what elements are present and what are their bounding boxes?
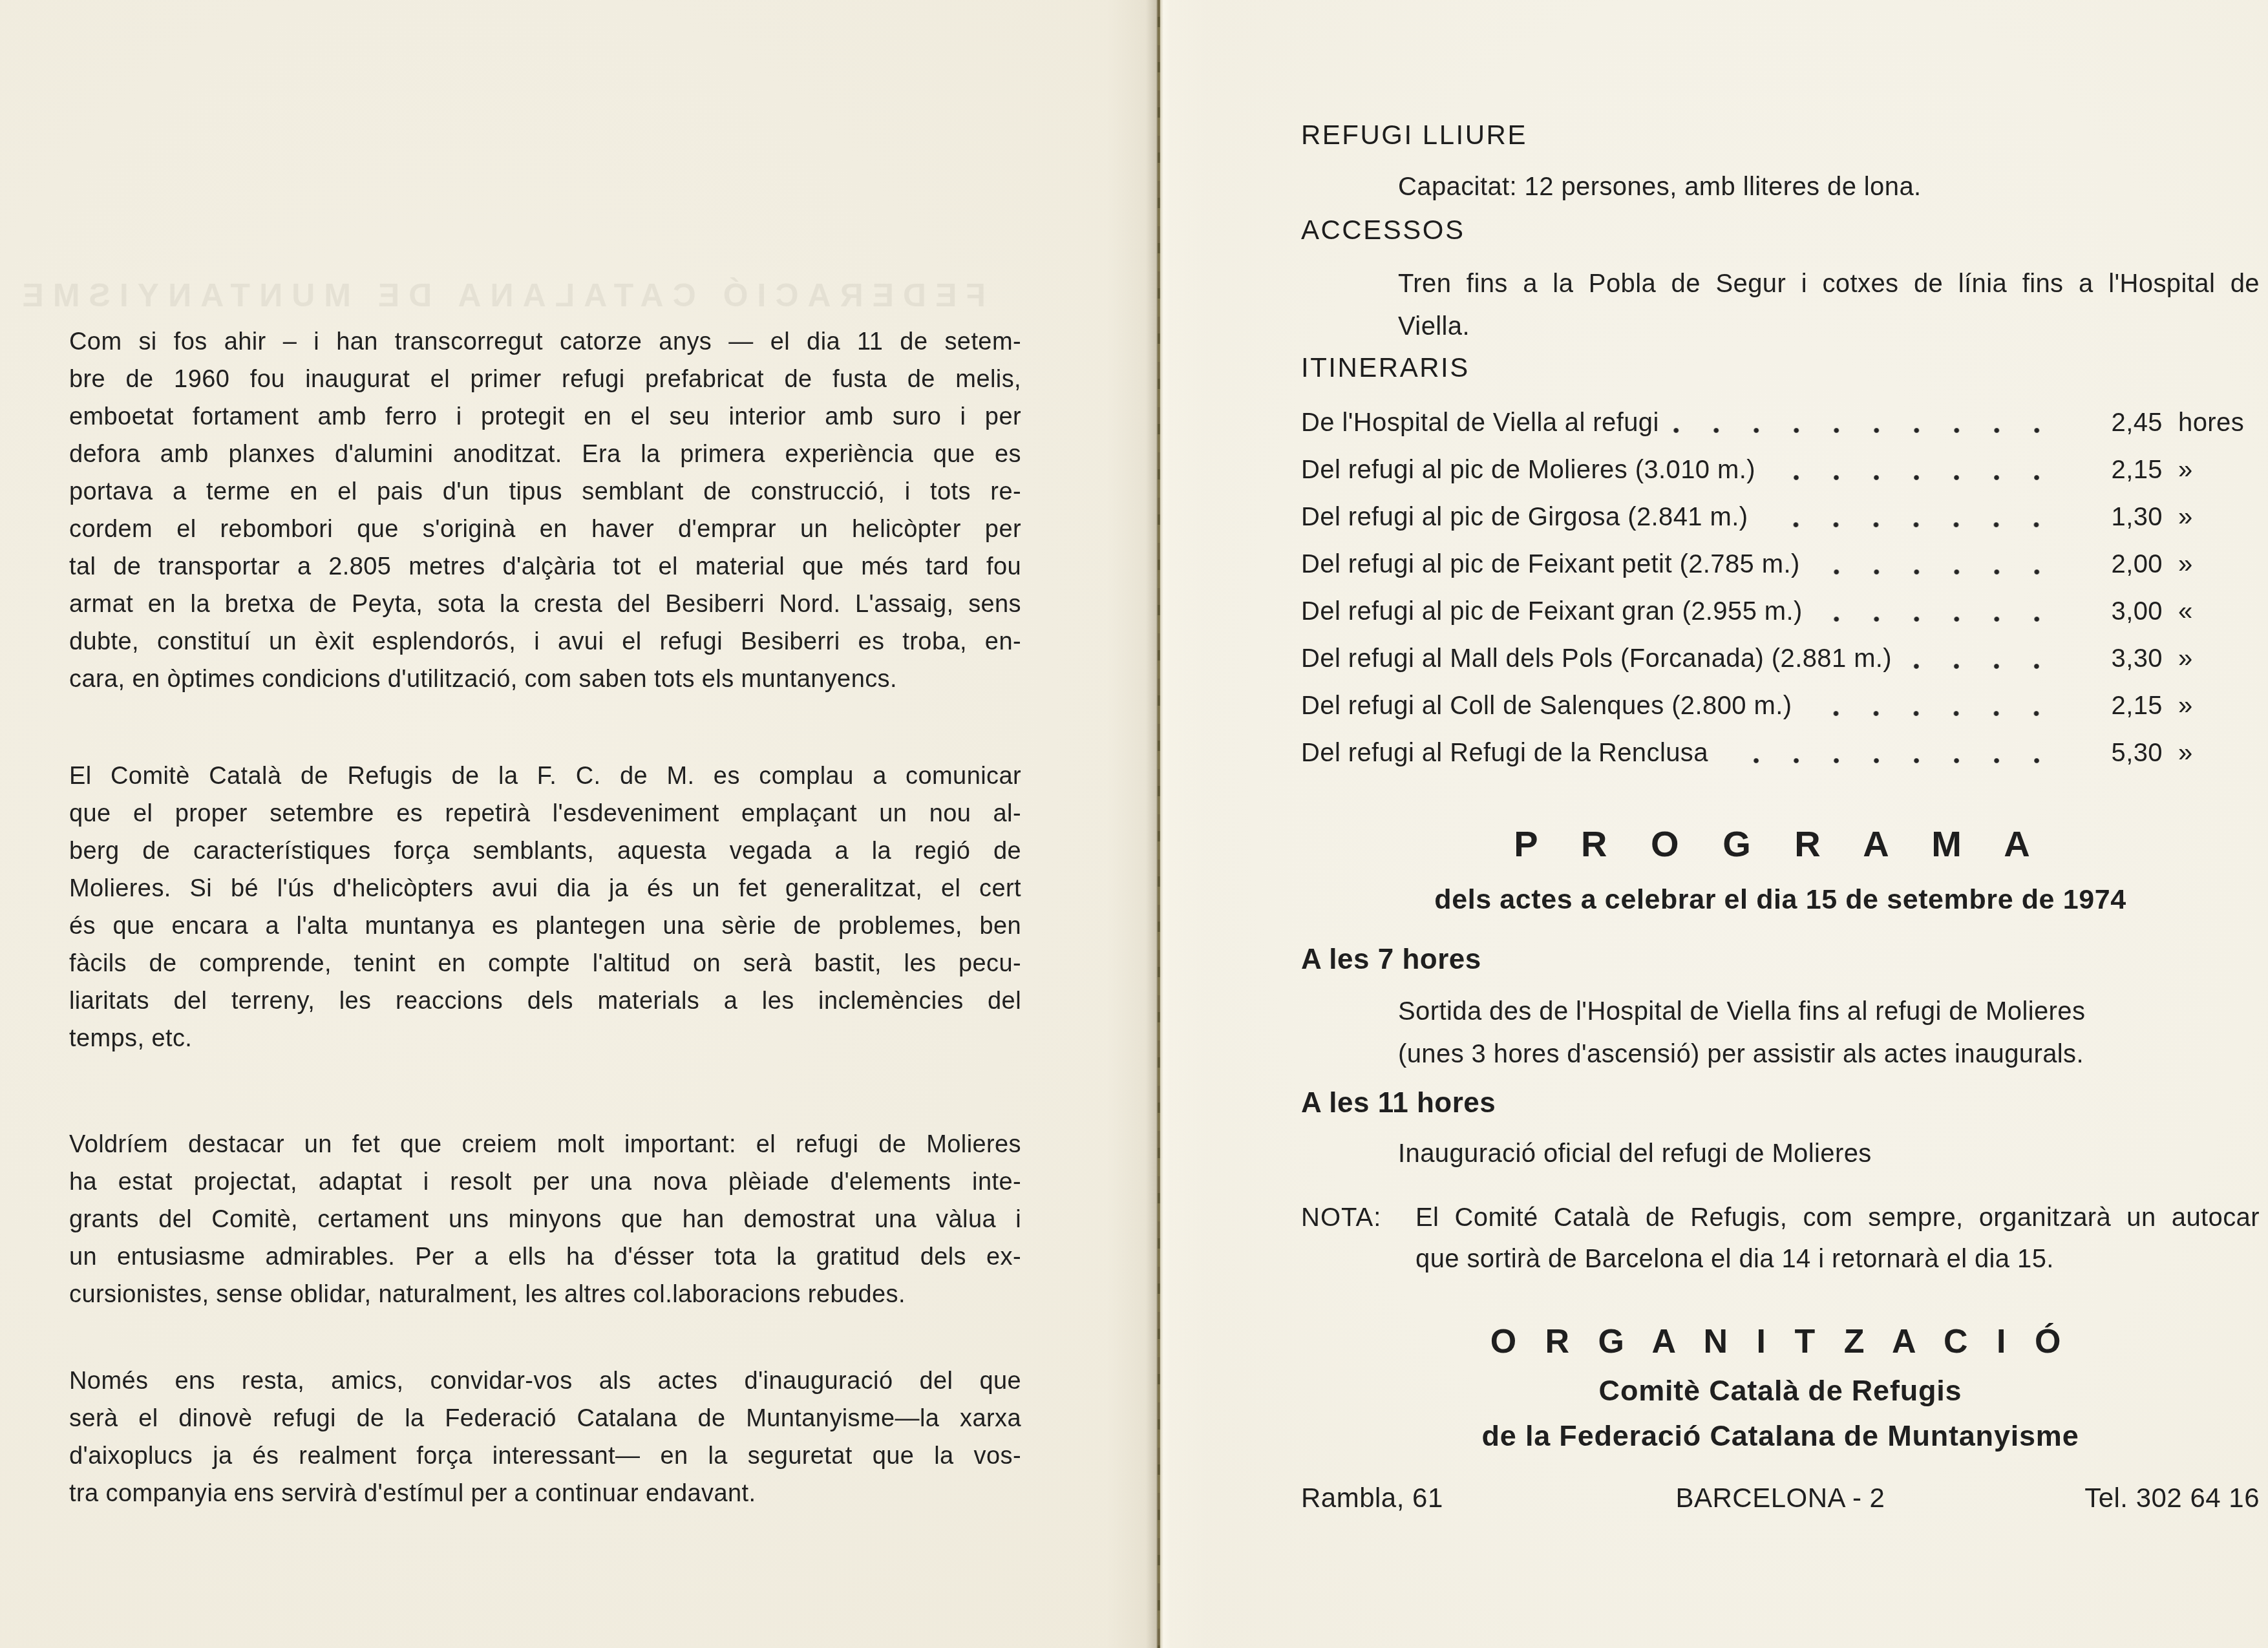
itinerary-label: Del refugi al pic de Molieres (3.010 m.) xyxy=(1301,447,1755,494)
itinerary-unit: » xyxy=(2163,730,2260,777)
itinerary-time: 3,30 xyxy=(2085,635,2163,682)
left-page: FEDERACIÓ CATALANA DE MUNTANYISME Com si… xyxy=(0,0,1157,1648)
itinerary-row: Del refugi al Refugi de la Renclusa5,30» xyxy=(1301,730,2260,777)
footer-city: BARCELONA - 2 xyxy=(1591,1480,1969,1516)
paragraph: Només ens resta, amics, convidar-vos als… xyxy=(69,1362,1021,1512)
paragraph: El Comitè Català de Refugis de la F. C. … xyxy=(69,757,1021,1057)
footer-address: Rambla, 61 xyxy=(1301,1480,1591,1516)
event-11h-description: Inauguració oficial del refugi de Molier… xyxy=(1398,1132,2260,1175)
itinerary-time: 2,15 xyxy=(2085,447,2163,494)
text-line: El Comité Català de Refugis, com sempre,… xyxy=(1415,1197,2260,1238)
itinerary-label: Del refugi al pic de Girgosa (2.841 m.) xyxy=(1301,494,1748,541)
text-line: un entusiasme admirables. Per a ells ha … xyxy=(69,1238,1021,1276)
itinerary-label: Del refugi al Coll de Salenques (2.800 m… xyxy=(1301,682,1792,730)
itinerary-unit: » xyxy=(2163,682,2260,730)
text-line: que sortirà de Barcelona el dia 14 i ret… xyxy=(1415,1238,2260,1280)
text-line: Molieres. Si bé l'ús d'helicòpters avui … xyxy=(69,870,1021,907)
text-line: Tren fins a la Pobla de Segur i cotxes d… xyxy=(1398,262,2260,305)
itinerary-list: De l'Hospital de Viella al refugi2,45hor… xyxy=(1301,399,2260,777)
dot-leader xyxy=(1761,522,2073,528)
text-line: serà el dinovè refugi de la Federació Ca… xyxy=(69,1400,1021,1437)
text-line: ha estat projectat, adaptat i resolt per… xyxy=(69,1163,1021,1201)
nota-block: NOTA: El Comité Català de Refugis, com s… xyxy=(1301,1197,2260,1280)
text-line: temps, etc. xyxy=(69,1020,1021,1057)
scanned-brochure-spread: FEDERACIÓ CATALANA DE MUNTANYISME Com si… xyxy=(0,0,2268,1648)
itinerary-time: 1,30 xyxy=(2085,494,2163,541)
text-line: cursionistes, sense oblidar, naturalment… xyxy=(69,1276,1021,1313)
text-line: Capacitat: 12 persones, amb lliteres de … xyxy=(1398,165,2260,208)
text-line: fàcils de comprende, tenint en compte l'… xyxy=(69,945,1021,982)
nota-text: El Comité Català de Refugis, com sempre,… xyxy=(1415,1197,2260,1280)
text-line: Com si fos ahir – i han transcorregut ca… xyxy=(69,323,1021,361)
dot-leader xyxy=(1813,569,2073,575)
footer-phone: Tel. 302 64 16 xyxy=(1969,1480,2260,1516)
paragraph: Com si fos ahir – i han transcorregut ca… xyxy=(69,323,1021,698)
itinerary-unit: » xyxy=(2163,541,2260,588)
text-line: Viella. xyxy=(1398,305,2260,348)
right-page: REFUGI LLIURE Capacitat: 12 persones, am… xyxy=(1157,0,2268,1648)
text-line: (unes 3 hores d'ascensió) per assistir a… xyxy=(1398,1033,2260,1075)
dot-leader xyxy=(1721,757,2073,764)
nota-label: NOTA: xyxy=(1301,1197,1415,1280)
text-line: grants del Comitè, certament uns minyons… xyxy=(69,1201,1021,1238)
text-line: portava a terme en el pais d'un tipus se… xyxy=(69,473,1021,511)
organitzacio-committee: Comitè Català de Refugis xyxy=(1301,1374,2260,1408)
text-line: cordem el rebombori que s'originà en hav… xyxy=(69,511,1021,548)
itinerary-label: Del refugi al pic de Feixant gran (2.955… xyxy=(1301,588,1803,635)
itinerary-time: 5,30 xyxy=(2085,730,2163,777)
event-7h-description: Sortida des de l'Hospital de Viella fins… xyxy=(1398,990,2260,1075)
text-line: berg de característiques força semblants… xyxy=(69,832,1021,870)
itinerary-time: 2,45 xyxy=(2085,399,2163,447)
text-line: Voldríem destacar un fet que creiem molt… xyxy=(69,1126,1021,1163)
text-line: armat en la bretxa de Peyta, sota la cre… xyxy=(69,586,1021,623)
event-time-label-7h: A les 7 hores xyxy=(1301,944,2260,976)
itinerary-label: Del refugi al pic de Feixant petit (2.78… xyxy=(1301,541,1800,588)
itinerary-unit: « xyxy=(2163,588,2260,635)
itinerary-row: Del refugi al Coll de Salenques (2.800 m… xyxy=(1301,682,2260,730)
paragraph: Voldríem destacar un fet que creiem molt… xyxy=(69,1126,1021,1313)
text-line: liaritats del terreny, les reaccions del… xyxy=(69,982,1021,1020)
dot-leader xyxy=(1672,427,2073,434)
text-line: defora amb planxes d'alumini anoditzat. … xyxy=(69,436,1021,473)
show-through-ghost-text: FEDERACIÓ CATALANA DE MUNTANYISME xyxy=(55,277,986,314)
itinerary-row: Del refugi al pic de Feixant gran (2.955… xyxy=(1301,588,2260,635)
itinerary-unit: » xyxy=(2163,635,2260,682)
text-line: és que encara a l'alta muntanya es plant… xyxy=(69,907,1021,945)
text-line: emboetat fortament amb ferro i protegit … xyxy=(69,398,1021,436)
dot-leader xyxy=(1805,710,2073,717)
organitzacio-title: O R G A N I T Z A C I Ó xyxy=(1301,1322,2260,1361)
section-heading-itineraris: ITINERARIS xyxy=(1301,352,2260,383)
section-heading-refugi-lliure: REFUGI LLIURE xyxy=(1301,120,2260,151)
itinerary-row: Del refugi al Mall dels Pols (Forcanada)… xyxy=(1301,635,2260,682)
left-page-body-text: Com si fos ahir – i han transcorregut ca… xyxy=(69,323,1021,1512)
footer-contact-row: Rambla, 61 BARCELONA - 2 Tel. 302 64 16 xyxy=(1301,1480,2260,1516)
text-line: d'aixoplucs ja és realment força interes… xyxy=(69,1437,1021,1475)
text-line: El Comitè Català de Refugis de la F. C. … xyxy=(69,757,1021,795)
itinerary-time: 2,00 xyxy=(2085,541,2163,588)
itinerary-label: Del refugi al Mall dels Pols (Forcanada)… xyxy=(1301,635,1892,682)
itinerary-row: Del refugi al pic de Feixant petit (2.78… xyxy=(1301,541,2260,588)
itinerary-time: 3,00 xyxy=(2085,588,2163,635)
itinerary-label: De l'Hospital de Viella al refugi xyxy=(1301,399,1659,447)
itinerary-unit: » xyxy=(2163,447,2260,494)
text-line: dubte, constituí un èxit esplendorós, i … xyxy=(69,623,1021,660)
itinerary-time: 2,15 xyxy=(2085,682,2163,730)
event-time-label-11h: A les 11 hores xyxy=(1301,1087,2260,1119)
programa-subtitle: dels actes a celebrar el dia 15 de setem… xyxy=(1301,884,2260,916)
itinerary-unit: hores xyxy=(2163,399,2260,447)
itinerary-row: Del refugi al pic de Girgosa (2.841 m.)1… xyxy=(1301,494,2260,541)
refugi-lliure-body: Capacitat: 12 persones, amb lliteres de … xyxy=(1398,165,2260,208)
itinerary-unit: » xyxy=(2163,494,2260,541)
accessos-body: Tren fins a la Pobla de Segur i cotxes d… xyxy=(1398,262,2260,348)
text-line: Inauguració oficial del refugi de Molier… xyxy=(1398,1132,2260,1175)
dot-leader xyxy=(1905,663,2073,670)
text-line: Sortida des de l'Hospital de Viella fins… xyxy=(1398,990,2260,1033)
programa-title: P R O G R A M A xyxy=(1301,825,2260,863)
dot-leader xyxy=(1768,474,2073,481)
section-heading-accessos: ACCESSOS xyxy=(1301,215,2260,246)
itinerary-row: Del refugi al pic de Molieres (3.010 m.)… xyxy=(1301,447,2260,494)
text-line: que el proper setembre es repetirà l'esd… xyxy=(69,795,1021,832)
itinerary-label: Del refugi al Refugi de la Renclusa xyxy=(1301,730,1708,777)
dot-leader xyxy=(1816,616,2073,622)
text-line: bre de 1960 fou inaugurat el primer refu… xyxy=(69,361,1021,398)
itinerary-row: De l'Hospital de Viella al refugi2,45hor… xyxy=(1301,399,2260,447)
text-line: Només ens resta, amics, convidar-vos als… xyxy=(69,1362,1021,1400)
organitzacio-federation: de la Federació Catalana de Muntanyisme xyxy=(1301,1419,2260,1453)
text-line: cara, en òptimes condicions d'utilitzaci… xyxy=(69,660,1021,698)
text-line: tal de transportar a 2.805 metres d'alçà… xyxy=(69,548,1021,586)
text-line: tra companyia ens servirà d'estímul per … xyxy=(69,1475,1021,1512)
